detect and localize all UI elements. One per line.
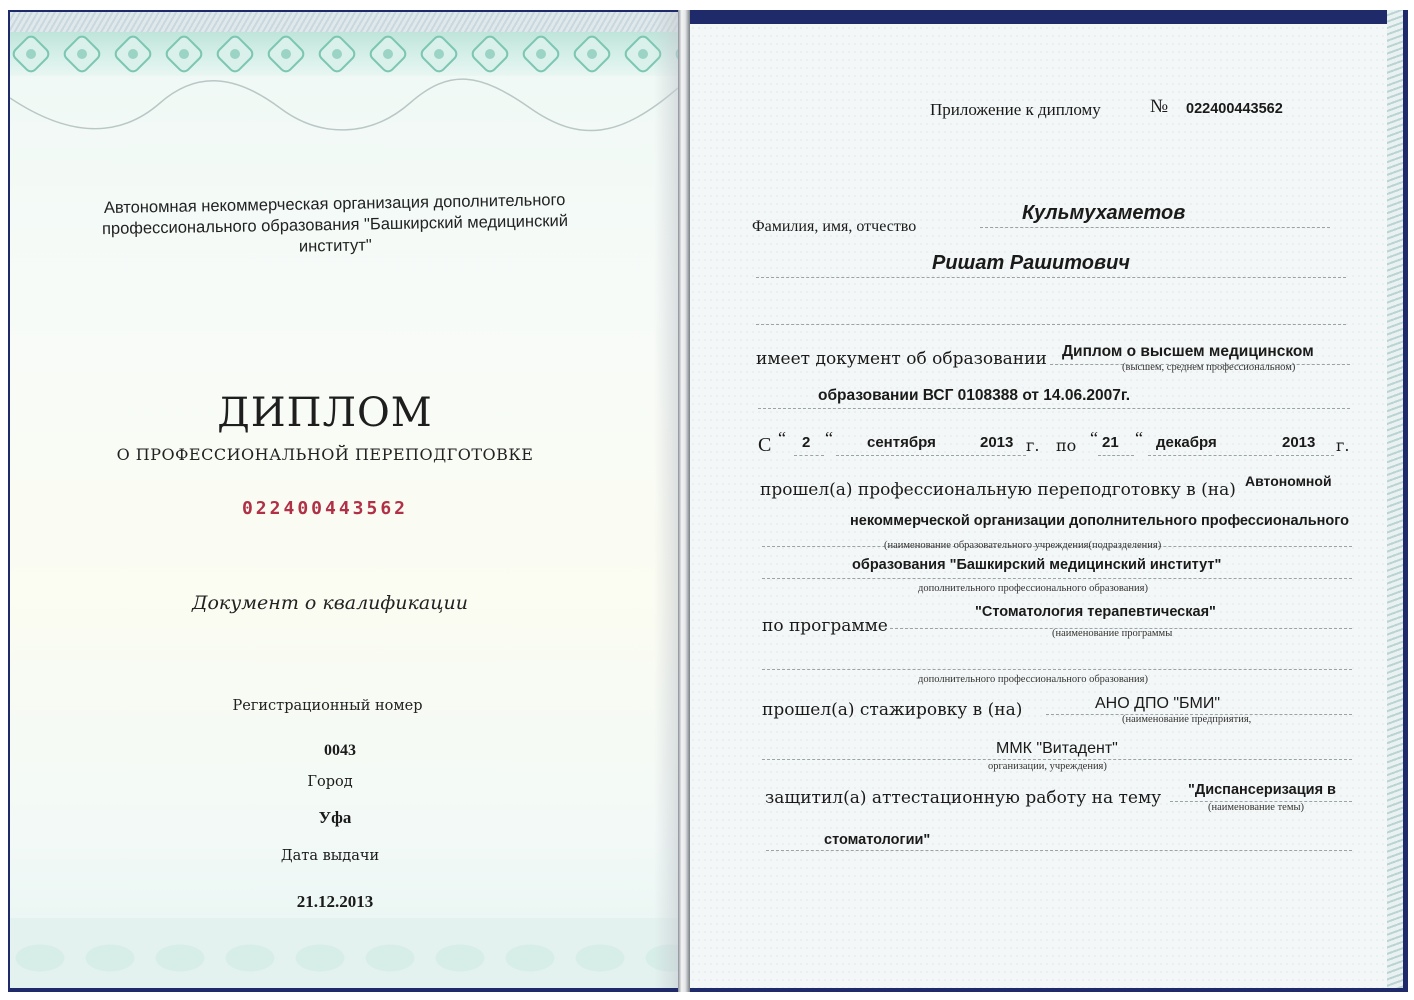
internship-value-2: ММК "Витадент" (996, 740, 1118, 758)
fill-line (1148, 455, 1272, 456)
thesis-label: защитил(а) аттестационную работу на тему (765, 788, 1161, 808)
diploma-title: ДИПЛОМ (170, 390, 480, 436)
period-from-year: 2013 (980, 434, 1013, 451)
appendix-label: Приложение к диплому (930, 100, 1101, 120)
period-to-prefix: по (1056, 436, 1076, 455)
book-spine (678, 10, 690, 992)
program-value: "Стоматология терапевтическая" (975, 604, 1216, 620)
ornament-diamond-icon (61, 33, 103, 75)
bottom-ornament (10, 918, 678, 988)
number-sign: № (1150, 96, 1168, 118)
diploma-appendix-page: Приложение к диплому № 022400443562 Фами… (690, 24, 1390, 988)
education-value-1: Диплом о высшем медицинском (1062, 343, 1314, 361)
fill-line (762, 578, 1352, 579)
fio-label: Фамилия, имя, отчество (752, 218, 916, 236)
organization-name: Автономная некоммерческая организация до… (64, 189, 605, 261)
diploma-serial-number: 022400443562 (190, 498, 460, 519)
surname: Кульмухаметов (1022, 202, 1185, 225)
page-gutter-shadow (654, 12, 678, 988)
given-names: Ришат Рашитович (932, 252, 1130, 275)
fill-line (976, 455, 1026, 456)
ornament-diamond-icon (520, 33, 562, 75)
thesis-value-1: "Диспансеризация в (1188, 782, 1336, 798)
fill-line (836, 455, 974, 456)
fill-line (762, 759, 1352, 760)
appendix-number: 022400443562 (1186, 101, 1283, 117)
guilloche-wave (10, 78, 678, 138)
ornament-band (10, 32, 678, 76)
thesis-value-2: стоматологии" (824, 832, 930, 848)
ornament-diamond-icon (10, 33, 52, 75)
open-quote: “ (778, 428, 786, 449)
diploma-subtitle: О ПРОФЕССИОНАЛЬНОЙ ПЕРЕПОДГОТОВКЕ (100, 445, 550, 464)
period-to-year: 2013 (1282, 434, 1315, 451)
institution-hint-2: дополнительного профессионального образо… (918, 583, 1148, 594)
internship-hint-1: (наименование предприятия, (1122, 714, 1251, 725)
year-suffix: г. (1026, 436, 1039, 455)
page-edge-pattern (1387, 10, 1406, 988)
microtext-strip (10, 12, 678, 32)
ornament-diamond-icon (265, 33, 307, 75)
ornament-diamond-icon (163, 33, 205, 75)
close-quote: “ (1135, 428, 1143, 449)
fill-line (756, 277, 1346, 278)
document-type: Документ о квалификации (170, 592, 490, 614)
ornament-diamond-icon (214, 33, 256, 75)
internship-hint-2: организации, учреждения) (988, 761, 1107, 772)
thesis-hint: (наименование темы) (1208, 802, 1304, 813)
program-hint-2: дополнительного профессионального образо… (918, 674, 1148, 685)
fill-line (762, 669, 1352, 670)
retraining-label: прошел(а) профессиональную переподготовк… (760, 480, 1236, 500)
year-suffix: г. (1336, 436, 1349, 455)
fill-line (1098, 455, 1134, 456)
ornament-diamond-icon (367, 33, 409, 75)
institution-line-3: образования "Башкирский медицинский инст… (852, 557, 1221, 573)
fill-line (756, 324, 1346, 325)
city-label: Город (240, 774, 420, 790)
ornament-diamond-icon (469, 33, 511, 75)
issue-date-label: Дата выдачи (230, 848, 430, 864)
institution-line-1: Автономной (1245, 473, 1332, 489)
period-from-month: сентября (867, 434, 936, 451)
ornament-diamond-icon (316, 33, 358, 75)
education-hint: (высшем, среднем профессиональном) (1122, 362, 1295, 373)
institution-hint-1: (наименование образовательного учреждени… (884, 540, 1161, 551)
program-hint-1: (наименование программы (1052, 628, 1172, 639)
internship-label: прошел(а) стажировку в (на) (762, 700, 1022, 720)
fill-line (980, 227, 1330, 228)
ornament-diamond-icon (571, 33, 613, 75)
fill-line (766, 850, 1352, 851)
education-value-2: образовании ВСГ 0108388 от 14.06.2007г. (818, 387, 1130, 405)
fill-line (794, 455, 824, 456)
period-to-month: декабря (1156, 434, 1217, 451)
institution-line-2: некоммерческой организации дополнительно… (850, 513, 1349, 529)
program-label: по программе (762, 616, 888, 636)
open-quote: “ (1090, 428, 1098, 449)
registration-label: Регистрационный номер (190, 698, 465, 714)
ornament-diamond-icon (112, 33, 154, 75)
registration-number: 0043 (240, 742, 440, 760)
close-quote: “ (825, 428, 833, 449)
city-value: Уфа (240, 808, 430, 828)
fill-line (758, 408, 1350, 409)
issue-date: 21.12.2013 (230, 892, 440, 912)
period-to-day: 21 (1102, 434, 1119, 451)
diploma-left-page: Автономная некоммерческая организация до… (10, 12, 678, 988)
fill-line (1276, 455, 1334, 456)
period-from-prefix: С (758, 434, 771, 457)
period-from-day: 2 (802, 434, 810, 451)
ornament-diamond-icon (418, 33, 460, 75)
education-label: имеет документ об образовании (756, 349, 1047, 369)
internship-value-1: АНО ДПО "БМИ" (1095, 695, 1220, 713)
